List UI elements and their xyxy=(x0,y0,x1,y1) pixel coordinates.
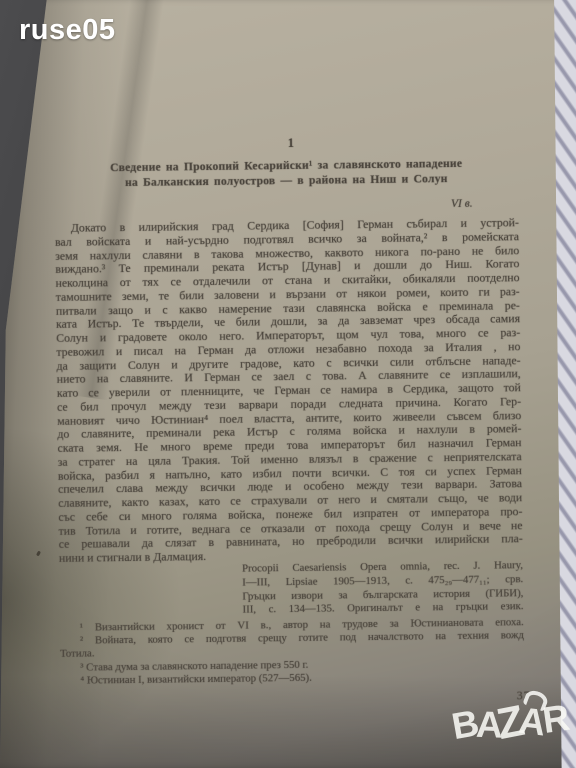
seller-username-watermark: ruse05 xyxy=(19,14,116,47)
document-number: 1 xyxy=(54,133,528,154)
bazar-logo-letter: R xyxy=(540,699,569,739)
body-text: Докато в илирийския град Сердика [София]… xyxy=(55,216,523,565)
listing-photo: 1 Сведение на Прокопий Кесарийски¹ за сл… xyxy=(0,0,576,768)
document-title: Сведение на Прокопий Кесарийски¹ за слав… xyxy=(54,156,518,191)
footnotes: ¹ Византийски хронист от VI в., автор на… xyxy=(60,616,525,688)
bazar-logo-watermark: BAZAR xyxy=(451,701,567,744)
era-label: VI в. xyxy=(55,197,519,215)
printed-content: 1 Сведение на Прокопий Кесарийски¹ за сл… xyxy=(0,0,576,768)
bazar-logo-letter: B xyxy=(449,705,479,746)
citation-line: III, с. 134—135. Оригиналът е на гръцки … xyxy=(242,601,523,618)
source-citation: Procopii Caesariensis Opera omnia, rec. … xyxy=(242,559,524,618)
book-page: 1 Сведение на Прокопий Кесарийски¹ за сл… xyxy=(0,0,576,768)
